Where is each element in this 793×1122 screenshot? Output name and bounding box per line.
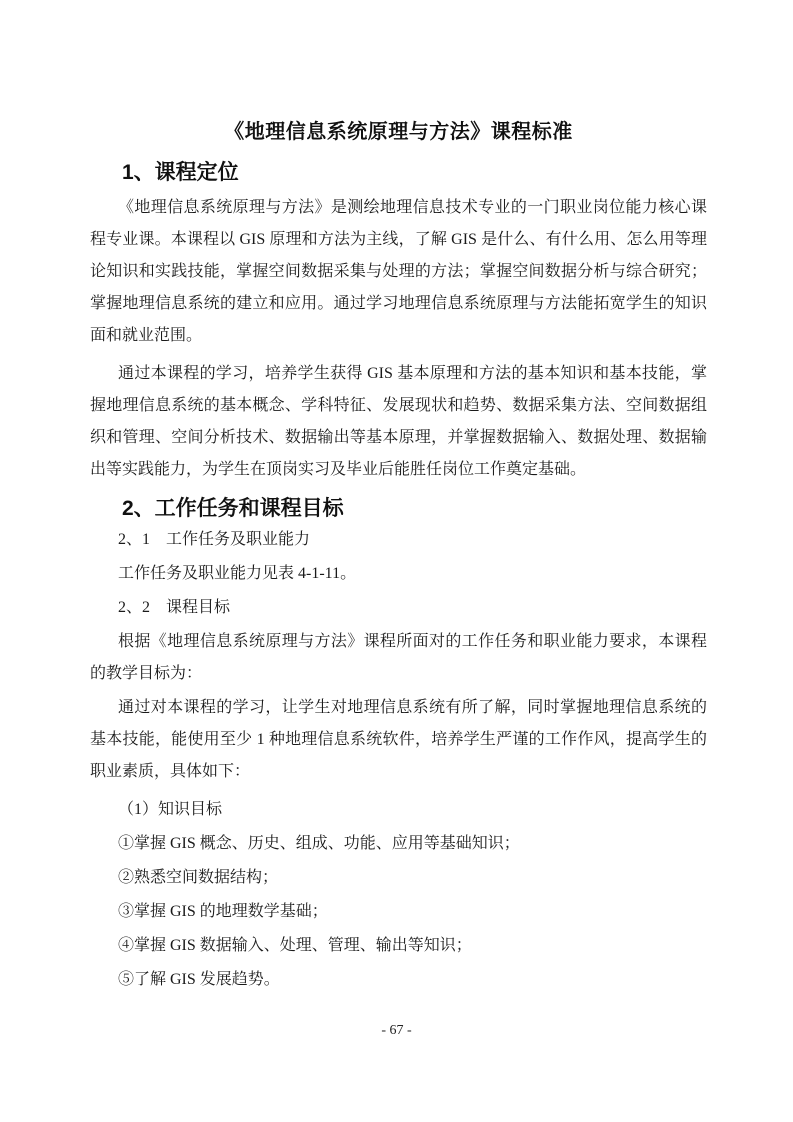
page-number: - 67 - [0,1022,793,1040]
subsection-2-2-paragraph-2: 通过对本课程的学习，让学生对地理信息系统有所了解，同时掌握地理信息系统的基本技能… [90,692,707,788]
document-page: 《地理信息系统原理与方法》课程标准 1、课程定位 《地理信息系统原理与方法》是测… [0,0,793,1122]
document-title: 《地理信息系统原理与方法》课程标准 [90,118,707,146]
section-1-paragraph-2: 通过本课程的学习，培养学生获得 GIS 基本原理和方法的基本知识和基本技能，掌握… [90,358,707,486]
subsection-2-1-heading: 2、1 工作任务及职业能力 [90,524,707,556]
subsection-2-2-paragraph-1: 根据《地理信息系统原理与方法》课程所面对的工作任务和职业能力要求，本课程的教学目… [90,626,707,690]
subsection-2-2-heading: 2、2 课程目标 [90,592,707,624]
objective-item-5: ⑤了解 GIS 发展趋势。 [90,964,707,996]
objective-item-2: ②熟悉空间数据结构； [90,862,707,894]
objective-item-1: ①掌握 GIS 概念、历史、组成、功能、应用等基础知识； [90,828,707,860]
section-2-heading: 2、工作任务和课程目标 [122,496,707,522]
subsection-2-1-text: 工作任务及职业能力见表 4-1-11。 [90,558,707,590]
objective-item-4: ④掌握 GIS 数据输入、处理、管理、输出等知识； [90,930,707,962]
objective-item-3: ③掌握 GIS 的地理数学基础； [90,896,707,928]
section-1-heading: 1、课程定位 [122,160,707,186]
section-1-paragraph-1: 《地理信息系统原理与方法》是测绘地理信息技术专业的一门职业岗位能力核心课程专业课… [90,192,707,352]
knowledge-objectives-heading: （1）知识目标 [90,794,707,826]
